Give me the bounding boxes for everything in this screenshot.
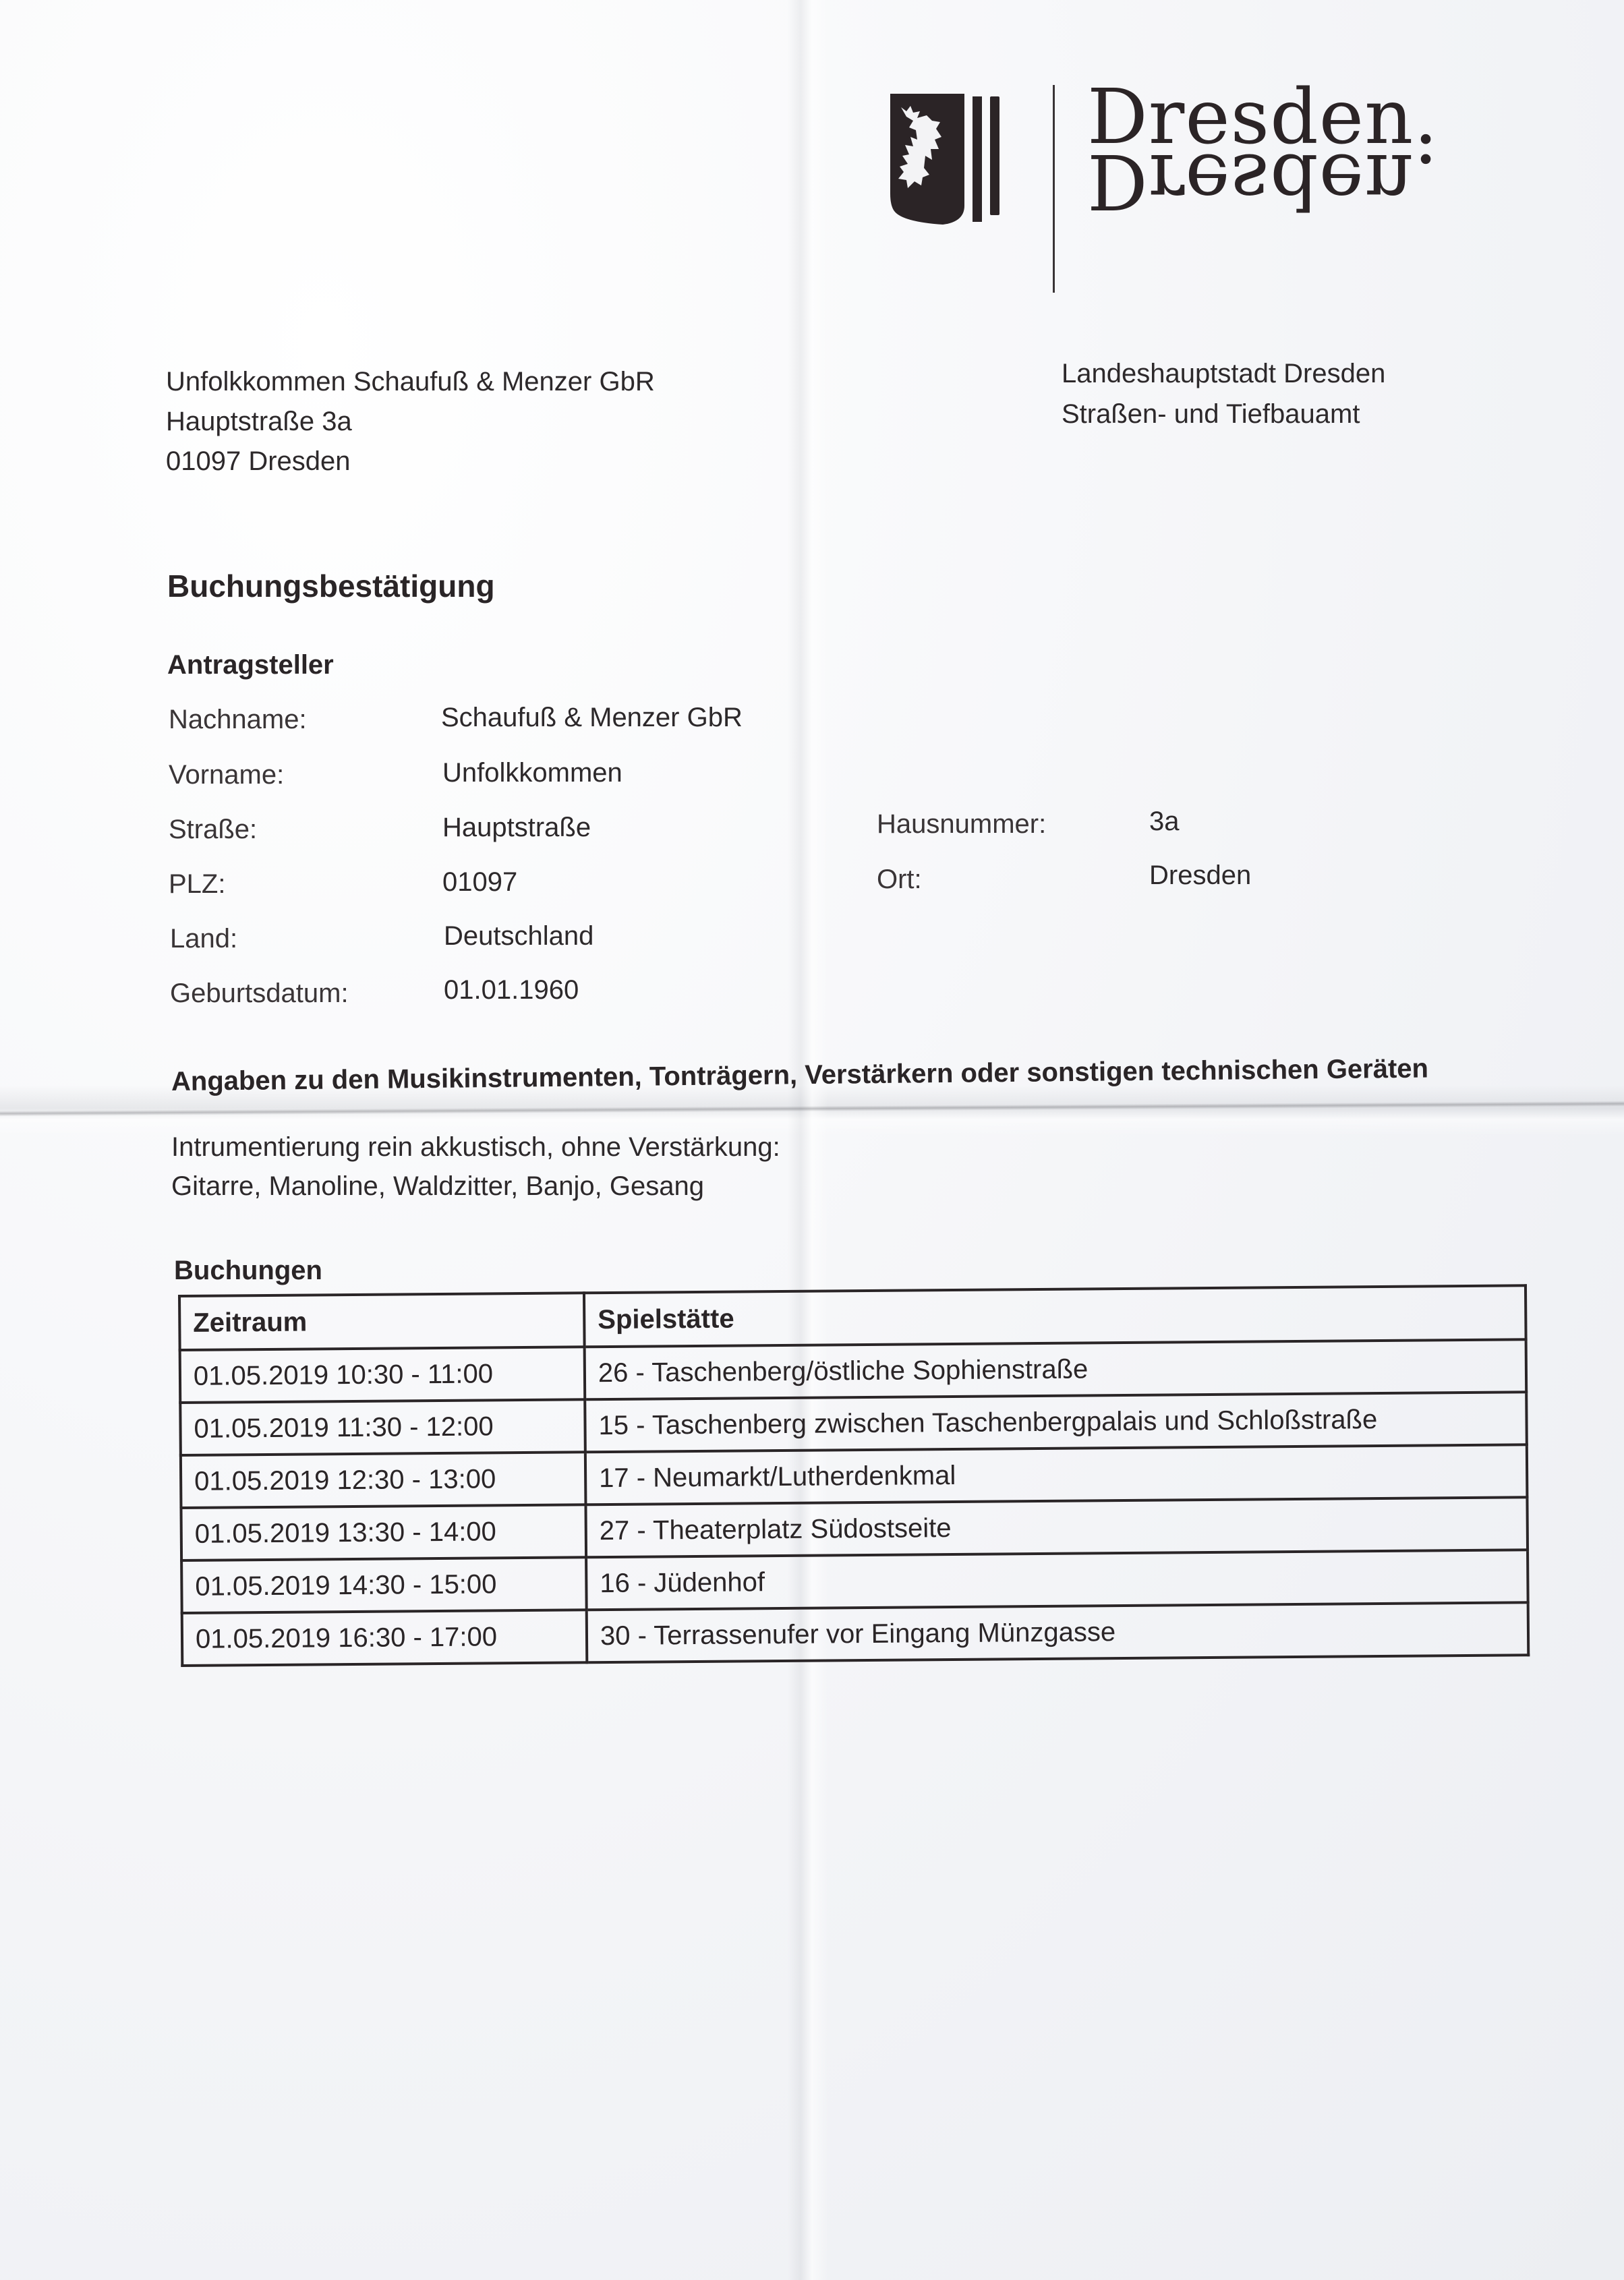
instruments-description: Intrumentierung rein akkustisch, ohne Ve… bbox=[171, 1128, 780, 1206]
authority-department: Straßen- und Tiefbauamt bbox=[1062, 394, 1385, 434]
spielstaette-cell: 16 - Jüdenhof bbox=[586, 1550, 1528, 1610]
ort-label: Ort: bbox=[877, 865, 922, 895]
instruments-line-2: Gitarre, Manoline, Waldzitter, Banjo, Ge… bbox=[171, 1167, 780, 1206]
dresden-coat-of-arms-icon bbox=[889, 92, 1009, 227]
vorname-value: Unfolkkommen bbox=[442, 758, 622, 788]
land-value: Deutschland bbox=[444, 921, 593, 952]
zeitraum-cell: 01.05.2019 13:30 - 14:00 bbox=[181, 1504, 586, 1560]
sender-city: 01097 Dresden bbox=[166, 442, 655, 481]
strasse-label: Straße: bbox=[169, 815, 257, 845]
logo-wordmark-mirrored: Dresden. bbox=[1087, 143, 1439, 218]
vorname-label: Vorname: bbox=[169, 760, 284, 790]
document-title: Buchungsbestätigung bbox=[167, 568, 495, 604]
spielstaette-cell: 26 - Taschenberg/östliche Sophienstraße bbox=[585, 1339, 1527, 1399]
table-header-row: Zeitraum Spielstätte bbox=[179, 1285, 1526, 1350]
zeitraum-cell: 01.05.2019 10:30 - 11:00 bbox=[180, 1347, 585, 1403]
logo-divider bbox=[1053, 85, 1055, 293]
hausnummer-label: Hausnummer: bbox=[877, 809, 1046, 840]
hausnummer-value: 3a bbox=[1149, 807, 1180, 837]
table-row: 01.05.2019 16:30 - 17:00 30 - Terrassenu… bbox=[182, 1602, 1529, 1666]
bookings-section-title: Buchungen bbox=[174, 1256, 322, 1286]
spielstaette-cell: 17 - Neumarkt/Lutherdenkmal bbox=[585, 1444, 1528, 1504]
zeitraum-cell: 01.05.2019 11:30 - 12:00 bbox=[180, 1399, 585, 1455]
nachname-value: Schaufuß & Menzer GbR bbox=[441, 703, 743, 733]
instruments-line-1: Intrumentierung rein akkustisch, ohne Ve… bbox=[171, 1128, 780, 1167]
spielstaette-cell: 30 - Terrassenufer vor Eingang Münzgasse bbox=[587, 1602, 1529, 1662]
column-header-spielstaette: Spielstätte bbox=[584, 1285, 1526, 1347]
sender-street: Hauptstraße 3a bbox=[166, 402, 655, 442]
zeitraum-cell: 01.05.2019 16:30 - 17:00 bbox=[182, 1610, 587, 1666]
plz-value: 01097 bbox=[442, 867, 517, 898]
spielstaette-cell: 27 - Theaterplatz Südostseite bbox=[585, 1497, 1528, 1557]
zeitraum-cell: 01.05.2019 14:30 - 15:00 bbox=[181, 1557, 587, 1613]
spielstaette-cell: 15 - Taschenberg zwischen Taschenbergpal… bbox=[585, 1392, 1527, 1452]
geburtsdatum-value: 01.01.1960 bbox=[444, 975, 579, 1005]
bookings-table: Zeitraum Spielstätte 01.05.2019 10:30 - … bbox=[178, 1284, 1530, 1667]
authority-address: Landeshauptstadt Dresden Straßen- und Ti… bbox=[1062, 353, 1385, 434]
zeitraum-cell: 01.05.2019 12:30 - 13:00 bbox=[181, 1452, 586, 1508]
column-header-zeitraum: Zeitraum bbox=[179, 1293, 585, 1350]
authority-name: Landeshauptstadt Dresden bbox=[1062, 353, 1385, 394]
nachname-label: Nachname: bbox=[169, 705, 307, 735]
geburtsdatum-label: Geburtsdatum: bbox=[170, 978, 349, 1009]
sender-name: Unfolkkommen Schaufuß & Menzer GbR bbox=[166, 362, 655, 402]
sender-address: Unfolkkommen Schaufuß & Menzer GbR Haupt… bbox=[166, 362, 655, 481]
plz-label: PLZ: bbox=[169, 869, 225, 900]
applicant-section-title: Antragsteller bbox=[167, 650, 334, 680]
strasse-value: Hauptstraße bbox=[442, 813, 591, 843]
land-label: Land: bbox=[170, 924, 237, 954]
ort-value: Dresden bbox=[1149, 860, 1251, 891]
